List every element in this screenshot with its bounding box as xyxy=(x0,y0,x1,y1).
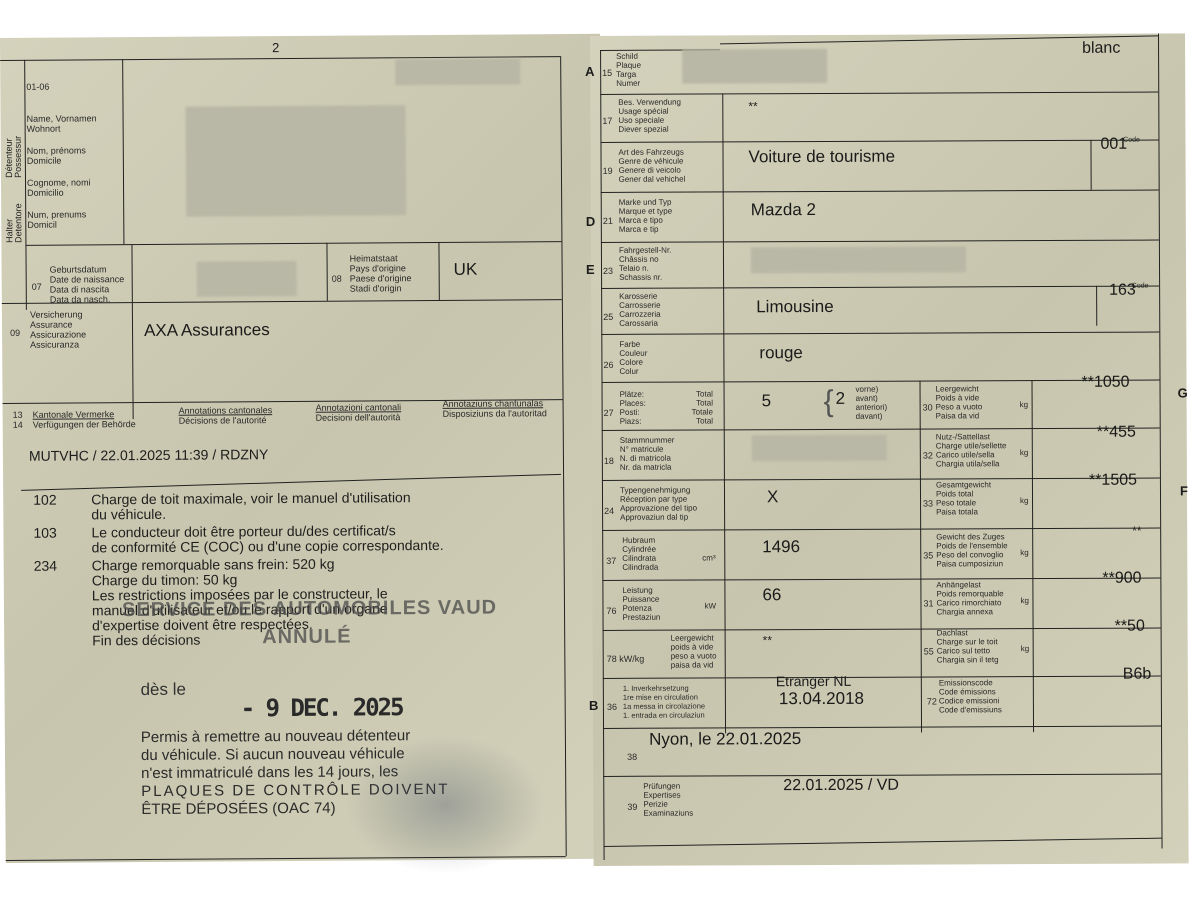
label: Genere di veicolo xyxy=(619,166,686,175)
label: Cilindrata xyxy=(622,554,658,563)
redacted-holder-id xyxy=(395,58,520,85)
roof-load-unit: kg xyxy=(1021,644,1029,653)
divider xyxy=(131,244,133,419)
label: Nom, prénoms xyxy=(27,145,97,155)
label: Couleur xyxy=(619,349,647,358)
redacted-plate xyxy=(682,49,827,84)
label: Usage spécial xyxy=(618,107,681,116)
label: Total xyxy=(692,416,713,425)
label: Poids total xyxy=(936,489,991,498)
seats-total-value: 5 xyxy=(762,391,772,411)
code: 13 xyxy=(13,410,23,420)
code-label: Code xyxy=(1123,137,1140,144)
stamp-authority: SERVICE DES AUTOMOBILES VAUD xyxy=(122,597,497,623)
label: Cylindrée xyxy=(622,545,658,554)
label: Dachlast xyxy=(937,628,999,637)
label: Schild xyxy=(616,52,641,61)
divider xyxy=(25,241,561,246)
label: Leergewicht xyxy=(936,384,983,393)
label: Gener dal vehichel xyxy=(619,175,686,184)
label: Fahrgestell-Nr. xyxy=(619,246,672,255)
label: Code émissions xyxy=(939,687,1002,696)
label: Paisa cumposiziun xyxy=(936,559,1007,568)
label: Cilindrada xyxy=(622,563,658,572)
stamp-status: ANNULÉ xyxy=(262,626,352,650)
mutation-line: MUTVHC / 22.01.2025 11:39 / RDZNY xyxy=(29,446,269,464)
label: davant) xyxy=(856,412,888,421)
divider xyxy=(601,240,1159,243)
roof-load-code: 55 xyxy=(924,647,934,657)
divider xyxy=(602,428,1160,431)
label: Total xyxy=(692,389,713,398)
label: Art des Fahrzeugs xyxy=(618,148,685,157)
stamp-from-label: dès le xyxy=(140,680,186,700)
color-code: 26 xyxy=(603,360,613,370)
label: Peso del convoglio xyxy=(936,550,1007,559)
label: Nr. da matricla xyxy=(620,463,675,472)
divider xyxy=(601,190,1159,193)
label: Codice emissioni xyxy=(939,696,1002,705)
annotation-col-fr: Annotations cantonales Décisions de l'au… xyxy=(179,405,273,426)
label: Annotations cantonales xyxy=(179,405,273,416)
label: Châssis no xyxy=(619,255,672,264)
label: paisa da vid xyxy=(671,660,717,669)
label: Chargia utila/sella xyxy=(936,459,1007,468)
section-letter-g: G xyxy=(1178,385,1188,400)
emission-code-value: B6b xyxy=(1123,666,1152,684)
label: Genre de véhicule xyxy=(619,157,686,166)
total-weight-labels: Gesamtgewicht Poids total Peso totale Pa… xyxy=(936,480,991,516)
label: Geburtsdatum xyxy=(50,264,125,275)
insurance-labels: Versicherung Assurance Assicurazione Ass… xyxy=(30,309,86,349)
place-date-code: 38 xyxy=(627,752,637,762)
origin-value: UK xyxy=(454,260,478,280)
seats-code: 27 xyxy=(604,408,614,418)
towable-load-unit: kg xyxy=(1020,596,1028,605)
plate-color: blanc xyxy=(1082,40,1120,58)
label: anteriori) xyxy=(856,403,888,412)
label: Leergewicht xyxy=(671,633,717,642)
label: Emissionscode xyxy=(939,678,1002,687)
seats-front-labels: vorne) avant) anteriori) davant) xyxy=(856,385,888,421)
divider xyxy=(603,628,1161,631)
label: 1a messa in circolazione xyxy=(623,702,705,711)
label: Disposiziuns da l'autoritad xyxy=(443,408,547,419)
label: N. di matricola xyxy=(620,454,675,463)
inspections-labels: Prüfungen Expertises Perizie Examinaziun… xyxy=(643,782,693,818)
label: Verfügungen der Behörde xyxy=(33,419,136,430)
power-code: 76 xyxy=(606,606,616,616)
roof-load-labels: Dachlast Charge sur le toit Carico sul t… xyxy=(937,628,999,664)
vertical-label-possessur: Possessur xyxy=(14,136,23,178)
divider xyxy=(603,726,1161,729)
label: Chargia sin il tetg xyxy=(937,655,999,664)
roof-load-value: **50 xyxy=(1115,618,1145,636)
divider xyxy=(1090,140,1091,190)
label: Assicurazione xyxy=(30,329,86,339)
payload-code: 32 xyxy=(923,451,933,461)
label: Perizie xyxy=(643,800,693,809)
vehicle-type-code: 19 xyxy=(603,166,613,176)
annotation-col-rm: Annotaziuns chantunalas Disposiziuns da … xyxy=(443,398,547,419)
ink-smudge xyxy=(345,734,546,875)
insurance-value: AXA Assurances xyxy=(144,320,270,341)
label: Diever spezial xyxy=(618,125,681,134)
train-weight-unit: kg xyxy=(1020,548,1028,557)
divider xyxy=(600,92,1158,95)
type-approval-value: X xyxy=(767,487,778,507)
label: avant) xyxy=(856,394,888,403)
label: Domicile xyxy=(27,155,97,165)
place-date-value: Nyon, le 22.01.2025 xyxy=(649,729,801,750)
label: Puissance xyxy=(622,595,660,604)
label: Numer xyxy=(616,79,641,88)
total-weight-value: **1505 xyxy=(1089,472,1137,490)
label: Num, prenums xyxy=(27,209,97,219)
section-letter-f: F xyxy=(1180,483,1188,498)
label: Marca e tipo xyxy=(619,216,672,225)
label: Paese d'origine xyxy=(350,273,412,283)
label: Paisa da vid xyxy=(936,411,983,420)
label: Leistung xyxy=(622,586,660,595)
label: Charge utile/sellette xyxy=(936,441,1007,450)
origin-labels: Heimatstaat Pays d'origine Paese d'origi… xyxy=(350,253,412,293)
master-number-code: 18 xyxy=(604,456,614,466)
displacement-code: 37 xyxy=(606,556,616,566)
label: Bes. Verwendung xyxy=(618,98,681,107)
vehicle-type-labels: Art des Fahrzeugs Genre de véhicule Gene… xyxy=(618,148,685,184)
label: Colur xyxy=(619,367,647,376)
vertical-label-detentore: Detentore xyxy=(14,203,23,243)
train-weight-labels: Gewicht des Zuges Poids de l'ensemble Pe… xyxy=(936,532,1008,568)
label: Domicil xyxy=(27,219,97,229)
label: Peso a vuoto xyxy=(936,402,983,411)
label: Poids à vide xyxy=(936,393,983,402)
label: 1. Inverkehrsetzung xyxy=(623,684,705,693)
payload-labels: Nutz-/Sattellast Charge utile/sellette C… xyxy=(936,432,1007,468)
divider xyxy=(1032,380,1035,732)
label: Total xyxy=(692,398,713,407)
label: Approvaziun dal tip xyxy=(620,513,697,522)
label: Schassis nr. xyxy=(619,273,672,282)
divider xyxy=(326,243,327,301)
label: Targa xyxy=(616,70,641,79)
special-use-labels: Bes. Verwendung Usage spécial Uso specia… xyxy=(618,98,681,134)
decision-text: Le conducteur doit être porteur du/des c… xyxy=(91,522,511,555)
body-value: Limousine xyxy=(756,297,834,317)
chassis-code: 23 xyxy=(603,266,613,276)
train-weight-value: ** xyxy=(1132,524,1141,538)
decision-code: 102 xyxy=(33,493,73,508)
label: Code d'emissiuns xyxy=(939,705,1002,714)
divider xyxy=(602,578,1160,581)
special-use-value: ** xyxy=(748,99,757,113)
divider xyxy=(602,380,1160,383)
first-registration-origin: Etranger NL xyxy=(776,673,852,689)
master-number-labels: Stammnummer N° matricule N. di matricola… xyxy=(620,436,675,472)
vehicle-type-value: Voiture de tourisme xyxy=(748,147,895,168)
label: Poids remorquable xyxy=(936,589,1003,598)
divider xyxy=(1096,286,1097,326)
label: Cognome, nomi xyxy=(27,177,97,187)
annotation-col-it: Annotazioni cantonali Decisioni dell'aut… xyxy=(316,402,402,423)
redacted-holder-name xyxy=(185,105,406,217)
label: Telaio n. xyxy=(619,264,672,273)
label: Domicilio xyxy=(27,187,97,197)
section-letter-d: D xyxy=(586,214,595,229)
train-weight-code: 35 xyxy=(923,551,933,561)
label: Marke und Typ xyxy=(619,198,672,207)
label: Decisioni dell'autorità xyxy=(316,412,402,423)
label: Date de naissance xyxy=(50,274,125,285)
divider xyxy=(21,474,561,491)
label: Décisions de l'autorité xyxy=(179,415,273,426)
label: peso a vuoto xyxy=(671,651,717,660)
divider xyxy=(601,286,1159,289)
label: Carico utile/sella xyxy=(936,450,1007,459)
redacted-master-number xyxy=(752,435,887,462)
page-number: 2 xyxy=(272,40,279,55)
emission-code-code: 72 xyxy=(927,696,937,706)
label: Annotazioni cantonali xyxy=(316,402,402,413)
label: Plaque xyxy=(616,61,641,70)
color-labels: Farbe Couleur Colore Colur xyxy=(619,340,647,376)
displacement-unit: cm³ xyxy=(702,553,715,562)
inspections-value: 22.01.2025 / VD xyxy=(783,777,899,796)
label: Poids de l'ensemble xyxy=(936,541,1007,550)
divider xyxy=(602,478,1160,481)
label: Expertises xyxy=(643,791,693,800)
seats-labels: Plätze: Places: Posti: Piazs: xyxy=(620,390,646,426)
empty-weight-value: **1050 xyxy=(1081,374,1129,392)
holder-field-code: 01-06 xyxy=(26,82,49,92)
code-label: Code xyxy=(1132,283,1149,290)
redacted-chassis xyxy=(751,246,966,273)
first-registration-date: 13.04.2018 xyxy=(779,689,864,709)
label: Gesamtgewicht xyxy=(936,480,991,489)
label: Prüfungen xyxy=(643,782,693,791)
divider xyxy=(920,381,923,733)
annotation-codes: 13 14 xyxy=(13,410,23,430)
annotation-col-de: Kantonale Vermerke Verfügungen der Behör… xyxy=(33,409,136,430)
plate-labels: Schild Plaque Targa Numer xyxy=(616,52,641,88)
body-code-value: 163Code xyxy=(1109,282,1149,300)
power-labels: Leistung Puissance Potenza Prestaziun xyxy=(622,586,660,622)
divider xyxy=(601,332,1159,335)
label: Typengenehmigung xyxy=(620,486,697,495)
seats-front-value: 2 xyxy=(836,389,846,409)
payload-unit: kg xyxy=(1020,448,1028,457)
divider xyxy=(438,242,439,300)
chassis-labels: Fahrgestell-Nr. Châssis no Telaio n. Sch… xyxy=(619,246,672,282)
towable-load-value: **900 xyxy=(1102,570,1141,588)
body-labels: Karosserie Carrosserie Carrozzeria Caros… xyxy=(619,292,661,328)
power-weight-labels: Leergewicht poids à vide peso a vuoto pa… xyxy=(671,633,717,669)
divider xyxy=(122,59,124,244)
payload-value: **455 xyxy=(1097,424,1136,442)
label: Hubraum xyxy=(622,536,658,545)
insurance-code: 09 xyxy=(10,328,20,338)
label: Nutz-/Sattellast xyxy=(936,432,1007,441)
label: Réception par type xyxy=(620,495,697,504)
decision-code: 234 xyxy=(34,558,74,573)
label: Totale xyxy=(692,407,713,416)
divider xyxy=(600,140,1158,143)
divider xyxy=(560,56,567,856)
label: N° matricule xyxy=(620,445,675,454)
decision-text: Charge de toit maximale, voir le manuel … xyxy=(91,489,511,522)
label: Plätze: xyxy=(620,390,646,399)
make-model-value: Mazda 2 xyxy=(751,200,816,220)
empty-weight-code: 30 xyxy=(923,403,933,413)
birth-date-labels: Geburtsdatum Date de naissance Data di n… xyxy=(50,264,125,305)
power-unit: kW xyxy=(704,601,716,610)
label: Wohnort xyxy=(27,123,97,133)
birth-date-code: 07 xyxy=(32,282,42,292)
brace-icon: { xyxy=(824,385,834,419)
type-approval-code: 24 xyxy=(604,506,614,516)
decision-code: 103 xyxy=(33,525,73,540)
displacement-labels: Hubraum Cylindrée Cilindrata Cilindrada xyxy=(622,536,658,572)
plate-code: 15 xyxy=(602,68,612,78)
line: du véhicule. xyxy=(91,504,511,522)
label: Carico sul tetto xyxy=(937,646,999,655)
seats-total-labels: Total Total Totale Total xyxy=(692,389,714,425)
line: de conformité CE (COC) ou d'une copie co… xyxy=(92,537,512,555)
towable-load-code: 31 xyxy=(923,599,933,609)
label: Uso speciale xyxy=(618,116,681,125)
total-weight-code: 33 xyxy=(923,499,933,509)
label: Data di nascita xyxy=(50,284,125,295)
label: Pays d'origine xyxy=(350,263,412,273)
label: Potenza xyxy=(622,604,660,613)
first-registration-labels: 1. Inverkehrsetzung 1re mise en circulat… xyxy=(623,684,705,720)
label: Versicherung xyxy=(30,309,86,319)
total-weight-unit: kg xyxy=(1020,496,1028,505)
label: 1re mise en circulation xyxy=(623,693,705,702)
divider xyxy=(602,528,1160,531)
power-value: 66 xyxy=(762,585,781,605)
power-weight-code: 78 kW/kg xyxy=(607,654,645,664)
label: Stadi d'origin xyxy=(350,283,412,293)
label: Examinaziuns xyxy=(643,809,693,818)
label: Assurance xyxy=(30,319,86,329)
label: Piazs: xyxy=(620,417,646,426)
divider xyxy=(603,676,1161,679)
registration-right-page: A 15 Schild Plaque Targa Numer blanc 17 … xyxy=(590,33,1189,866)
label: Approvazione del tipo xyxy=(620,504,697,513)
label: Carico rimorchiato xyxy=(936,598,1003,607)
origin-code: 08 xyxy=(332,274,342,284)
label: Marca e tip xyxy=(619,225,672,234)
emission-code-labels: Emissionscode Code émissions Codice emis… xyxy=(939,678,1002,714)
vehicle-type-code-value: 001Code xyxy=(1100,136,1140,154)
color-value: rouge xyxy=(759,343,803,363)
section-letter-a: A xyxy=(585,64,594,79)
empty-weight-labels: Leergewicht Poids à vide Peso a vuoto Pa… xyxy=(936,384,983,420)
displacement-value: 1496 xyxy=(762,537,800,557)
label: Charge sur le toit xyxy=(937,637,999,646)
first-registration-code: 36 xyxy=(607,702,617,712)
section-letter-b: B xyxy=(589,698,598,713)
holder-labels: Name, Vornamen Wohnort Nom, prénoms Domi… xyxy=(27,113,98,229)
section-letter-e: E xyxy=(586,262,595,277)
label: Carrosserie xyxy=(619,301,660,310)
label: Karosserie xyxy=(619,292,660,301)
label: Places: xyxy=(620,399,646,408)
label: Stammnummer xyxy=(620,436,675,445)
label: Carrozzeria xyxy=(619,310,660,319)
label: Paisa totala xyxy=(936,507,991,516)
divider xyxy=(722,93,726,733)
divider xyxy=(604,838,1162,847)
body-code: 25 xyxy=(603,312,613,322)
code: 14 xyxy=(13,420,23,430)
label: Anhängelast xyxy=(936,580,1003,589)
label: Chargia annexa xyxy=(936,607,1003,616)
make-model-code: 21 xyxy=(603,216,613,226)
label: Heimatstaat xyxy=(350,253,412,263)
label: Peso totale xyxy=(936,498,991,507)
label: poids à vide xyxy=(671,642,717,651)
type-approval-labels: Typengenehmigung Réception par type Appr… xyxy=(620,486,697,522)
make-model-labels: Marke und Typ Marque et type Marca e tip… xyxy=(619,198,673,234)
inspections-code: 39 xyxy=(627,802,637,812)
registration-left-page: 2 Détenteur Possessur Halter Detentore 0… xyxy=(0,34,606,863)
label: Marque et type xyxy=(619,207,672,216)
label: Gewicht des Zuges xyxy=(936,532,1007,541)
label: 1. entrada en circulaziun xyxy=(623,711,705,720)
label: Posti: xyxy=(620,408,646,417)
redacted-birth-date xyxy=(197,261,297,297)
label: Assicuranza xyxy=(30,339,86,349)
power-weight-value: ** xyxy=(763,633,772,647)
empty-weight-unit: kg xyxy=(1020,400,1028,409)
label: Prestaziun xyxy=(623,613,661,622)
towable-load-labels: Anhängelast Poids remorquable Carico rim… xyxy=(936,580,1003,616)
label: Colore xyxy=(619,358,647,367)
special-use-code: 17 xyxy=(602,116,612,126)
label: vorne) xyxy=(856,385,888,394)
label: Farbe xyxy=(619,340,647,349)
stamp-date: - 9 DEC. 2025 xyxy=(241,693,403,722)
label: Carossaria xyxy=(619,319,660,328)
label: Name, Vornamen xyxy=(27,113,97,123)
